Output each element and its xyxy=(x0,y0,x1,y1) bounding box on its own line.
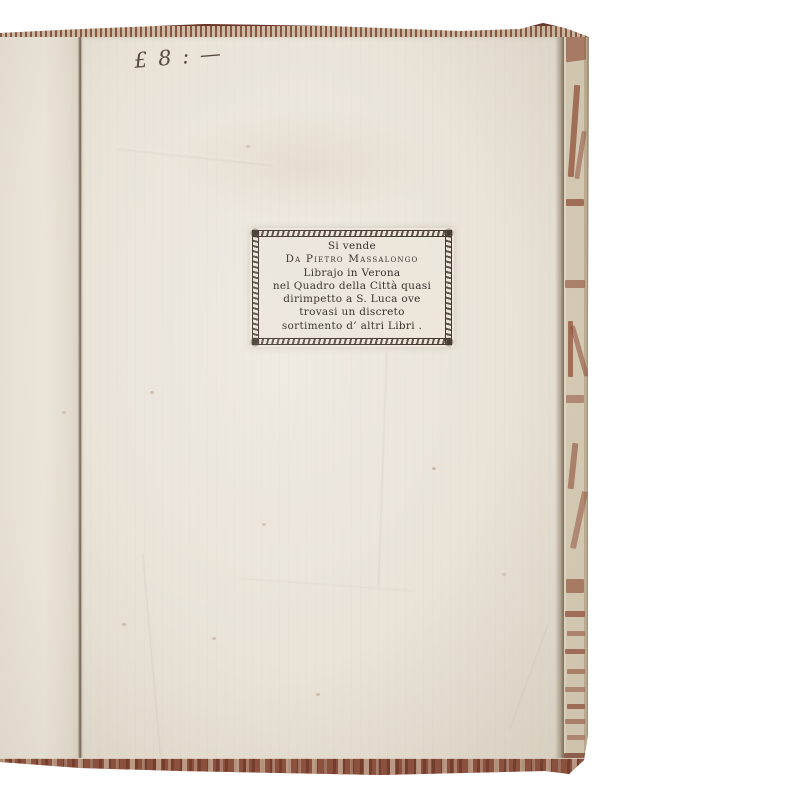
board-pattern-mark xyxy=(566,579,584,593)
ticket-border-right xyxy=(445,230,452,345)
board-pattern-mark xyxy=(565,611,585,617)
board-pattern-mark xyxy=(565,280,585,288)
ticket-line: sortimento d’ altri Libri . xyxy=(260,320,444,333)
ticket-corner-ornament xyxy=(444,228,454,238)
pastedown-leaf xyxy=(0,35,81,761)
board-pattern-mark xyxy=(566,199,584,206)
board-pattern-mark xyxy=(567,631,585,636)
board-pattern-mark xyxy=(565,719,585,724)
ticket-corner-ornament xyxy=(250,228,260,238)
paper-stain xyxy=(170,108,440,223)
board-pattern-mark xyxy=(567,735,585,740)
board-pattern-mark xyxy=(567,704,585,709)
book: £ 8 : — Si vende Da Pietro Massalongo Li… xyxy=(0,23,589,777)
board-pattern-mark xyxy=(565,649,585,654)
ticket-line: dirimpetto a S. Luca ove xyxy=(260,293,444,306)
bottom-board-edge xyxy=(0,758,589,777)
board-pattern-mark xyxy=(565,687,585,692)
top-board-edge xyxy=(0,23,589,37)
ticket-corner-ornament xyxy=(250,337,260,347)
board-pattern-mark xyxy=(570,491,588,549)
ticket-corner-ornament xyxy=(444,337,454,347)
ticket-line: Da Pietro Massalongo xyxy=(260,253,444,266)
ticket-line: Si vende xyxy=(260,240,444,253)
ticket-border-left xyxy=(252,230,259,345)
photo-background: £ 8 : — Si vende Da Pietro Massalongo Li… xyxy=(0,0,800,800)
ticket-line: trovasi un discreto xyxy=(260,306,444,319)
right-board-edge xyxy=(563,23,589,777)
page-edge-shadow xyxy=(555,31,564,773)
board-pattern-mark xyxy=(566,395,584,403)
ticket-border-top xyxy=(252,230,452,237)
board-pattern-mark xyxy=(567,669,585,674)
gutter-crease xyxy=(78,36,83,760)
board-pattern-mark xyxy=(568,443,579,489)
ticket-line: nel Quadro della Città quasi xyxy=(260,280,444,293)
foxing-spots xyxy=(150,391,154,394)
ticket-text: Si vende Da Pietro Massalongo Librajo in… xyxy=(260,240,444,333)
bookseller-ticket: Si vende Da Pietro Massalongo Librajo in… xyxy=(250,228,454,347)
ticket-line: Librajo in Verona xyxy=(260,267,444,280)
ticket-border-bottom xyxy=(252,338,452,345)
